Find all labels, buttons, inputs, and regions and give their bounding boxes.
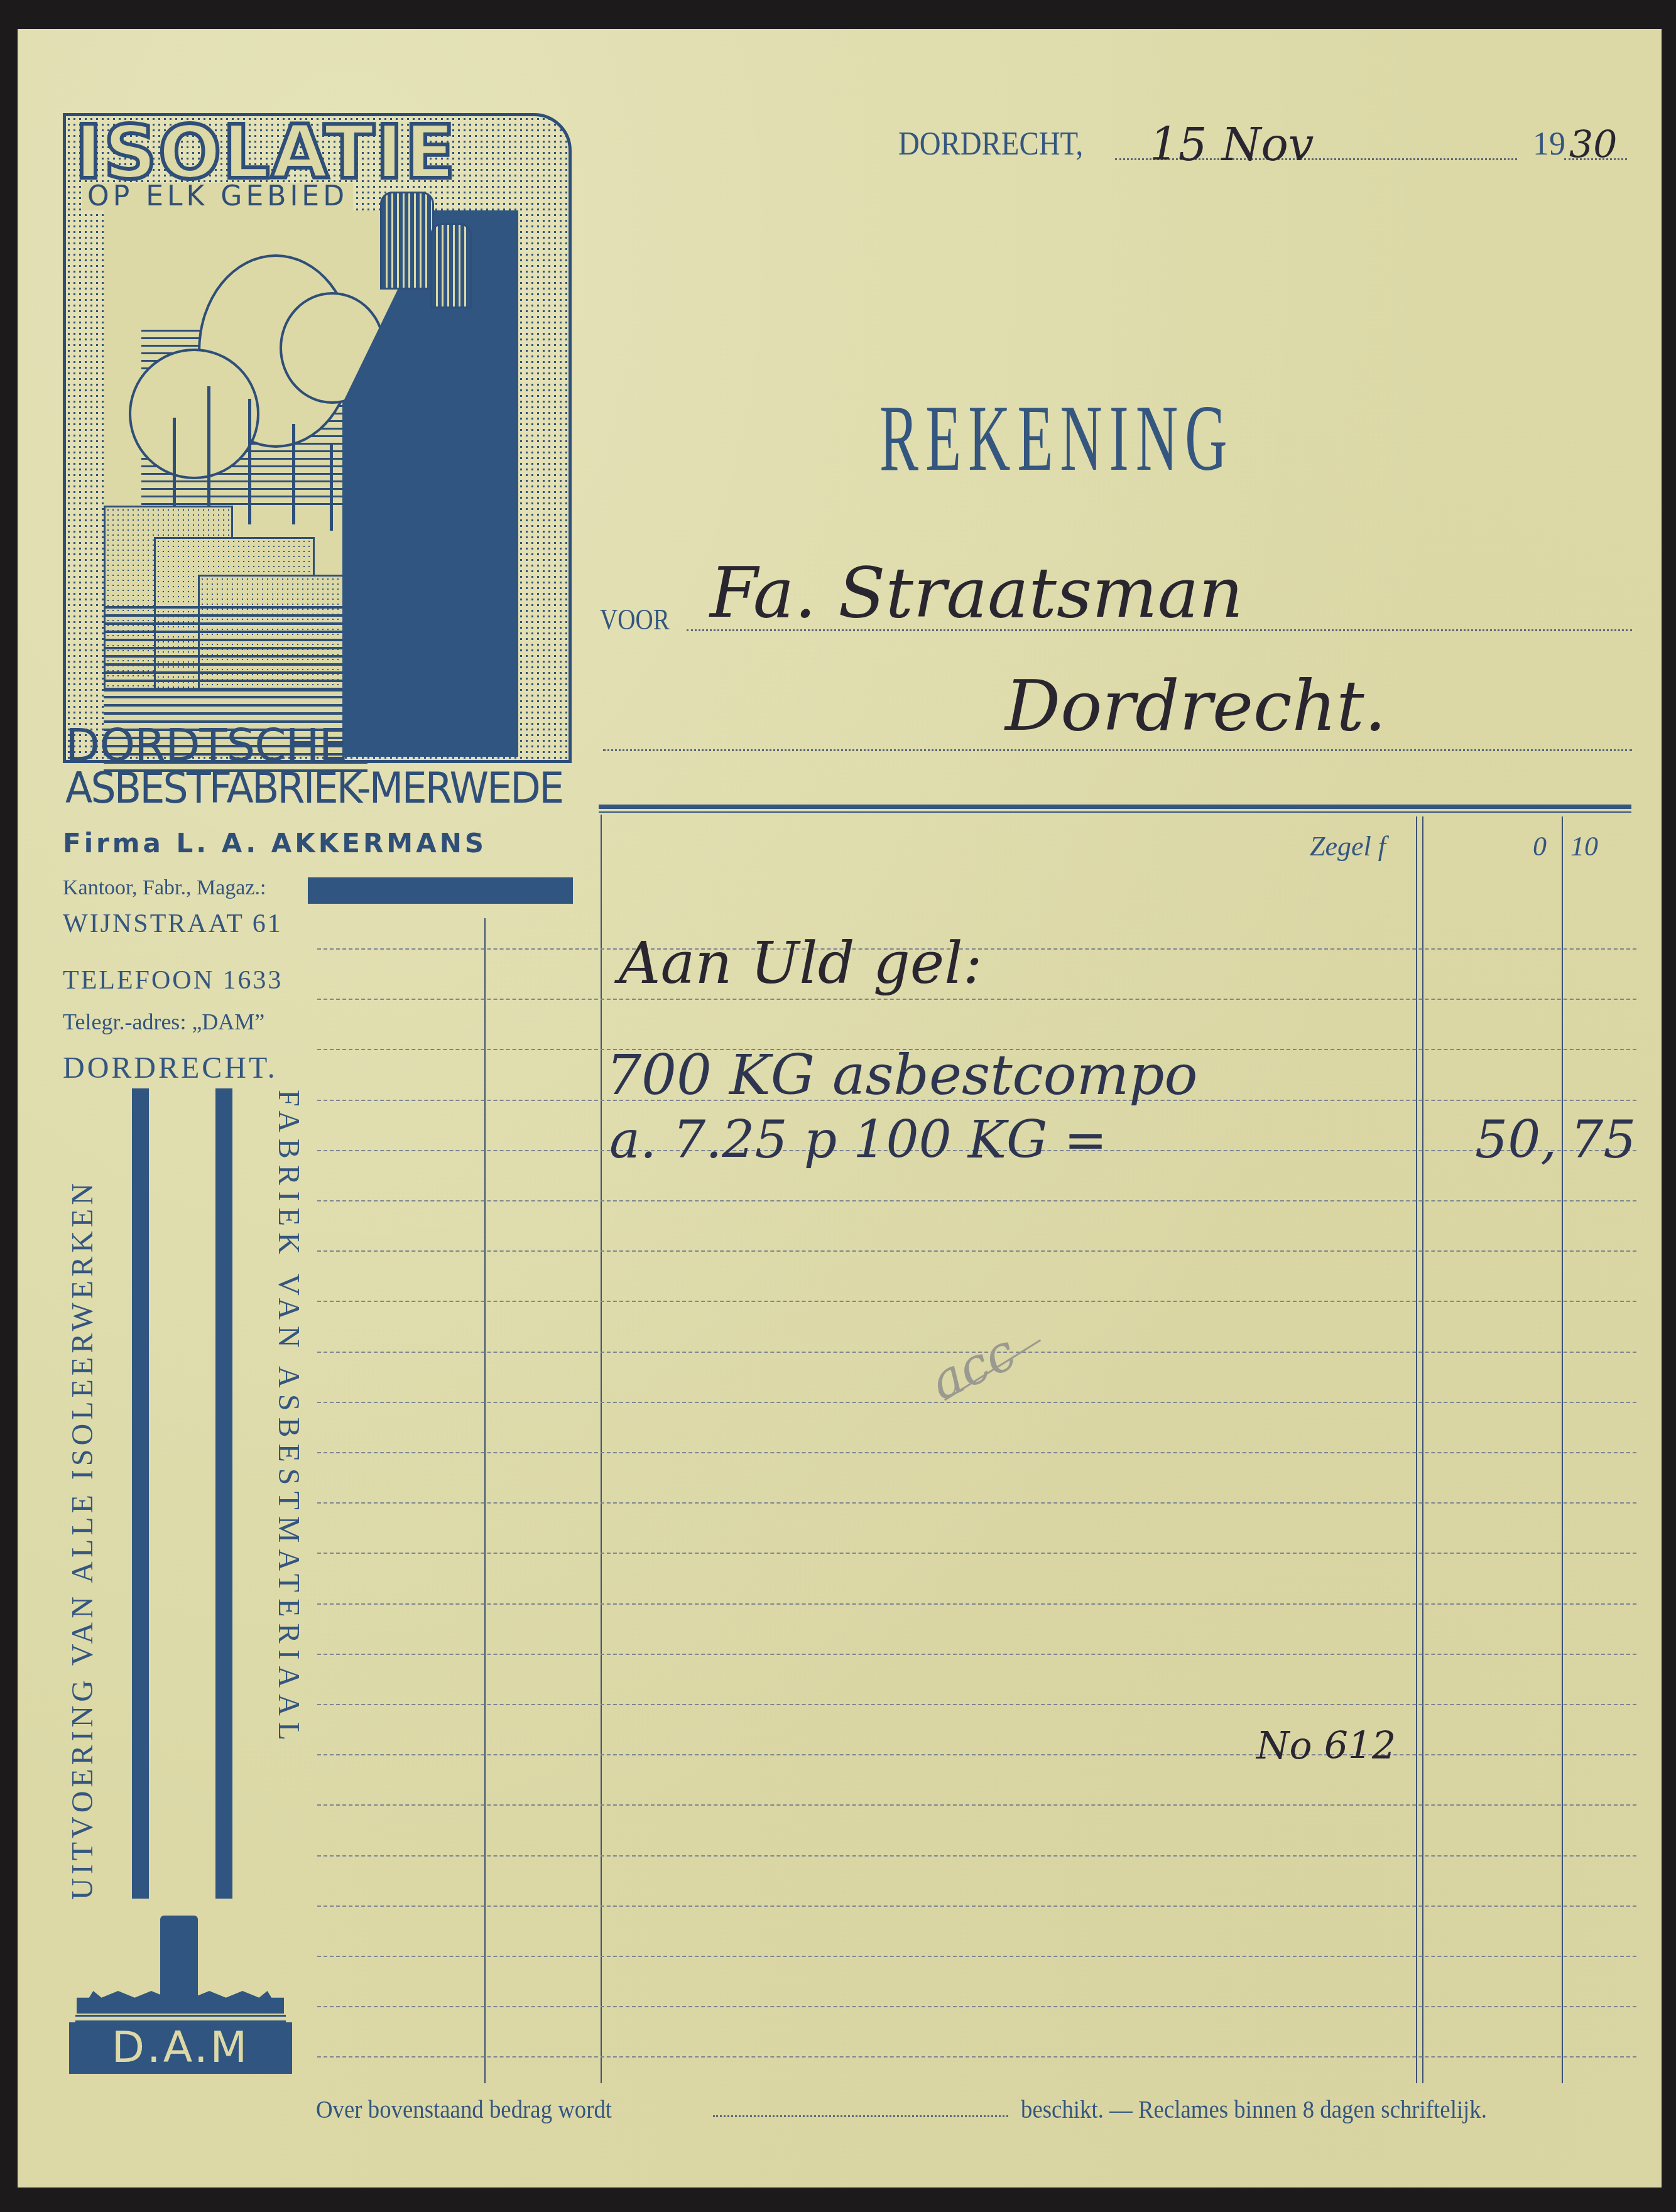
stamp-cents: 10 (1570, 830, 1598, 862)
logo-text: D.A.M (69, 2022, 292, 2074)
date-handwritten: 15 Nov (1150, 118, 1314, 171)
table-column-line (601, 815, 602, 2083)
table-top-thick-rule (599, 805, 1631, 809)
ship-funnel (380, 192, 434, 290)
invoice-number: No 612 (1256, 1724, 1396, 1768)
table-column-line (1422, 816, 1423, 2083)
recipient-name: Fa. Straatsman (710, 553, 1243, 633)
ruled-line (317, 1603, 1636, 1605)
ruled-line (317, 999, 1636, 1000)
stamp-label: Zegel f (1310, 830, 1386, 862)
address-label: Kantoor, Fabr., Magaz.: (63, 876, 266, 900)
ruled-line (317, 2056, 1636, 2057)
ruled-line (317, 1200, 1636, 1201)
slogan-sub: OP ELK GEBIED (82, 183, 353, 210)
recipient-line2-dotted (603, 749, 1632, 751)
illustration-scene (104, 210, 518, 757)
letterhead-city: DORDRECHT. (63, 1051, 278, 1085)
ruled-line (317, 1754, 1636, 1755)
cloud-shape (129, 349, 259, 479)
vertical-tagline-right: FABRIEK VAN ASBESTMATERIAAL (271, 1090, 306, 1900)
table-top-thin-rule (599, 811, 1631, 813)
ruled-line (317, 1654, 1636, 1655)
ruled-line (317, 1553, 1636, 1554)
company-name-line2: ASBESTFABRIEK-MERWEDE (65, 767, 562, 810)
ruled-line (317, 1956, 1636, 1957)
line-item-description: a. 7.25 p 100 KG = (609, 1110, 1107, 1170)
ruled-line (317, 1402, 1636, 1403)
firm-name: Firma L. A. AKKERMANS (63, 828, 487, 859)
stamp-guilders: 0 (1533, 830, 1547, 862)
ruled-line (317, 1452, 1636, 1453)
chimney (292, 424, 295, 524)
ruled-line (317, 1855, 1636, 1857)
dam-logo: D.A.M (69, 1909, 292, 2073)
vertical-bar-right (215, 1088, 232, 1899)
ruled-line (317, 2006, 1636, 2007)
place-label: DORDRECHT, (898, 126, 1083, 163)
line-item-description: Aan Uld gel: (619, 930, 982, 997)
footer-dotted-line (713, 2115, 1008, 2117)
logo-water-line (75, 2015, 286, 2022)
company-name-line1: DORDTSCHE (65, 722, 347, 767)
recipient-label: VOOR (600, 603, 670, 636)
vertical-bar-left (132, 1088, 149, 1899)
logo-tower-icon (160, 1916, 198, 2010)
ruled-line (317, 1301, 1636, 1302)
ruled-line (317, 1502, 1636, 1504)
recipient-city: Dordrecht. (1005, 666, 1386, 746)
street-address: WIJNSTRAAT 61 (63, 909, 283, 939)
phone-number: TELEFOON 1633 (63, 965, 283, 995)
telegram-address: Telegr.-adres: „DAM” (63, 1009, 264, 1035)
ruled-line (317, 1704, 1636, 1705)
letterhead-illustration: ISOLATIE OP ELK GEBIED (63, 113, 572, 763)
vertical-tagline-left: UITVOERING VAN ALLE ISOLEERWERKEN (65, 1090, 100, 1900)
chimney (330, 443, 333, 531)
ship-funnel (430, 223, 472, 308)
table-column-line (484, 918, 486, 2083)
footer-text-after: beschikt. — Reclames binnen 8 dagen schr… (1021, 2095, 1487, 2124)
year-printed: 19 (1533, 126, 1565, 163)
table-column-line (1416, 816, 1417, 2083)
chimney (248, 399, 251, 524)
year-handwritten: 30 (1569, 123, 1617, 167)
line-item-guilders: 50, (1475, 1110, 1557, 1170)
line-item-cents: 75 (1570, 1110, 1636, 1170)
ruled-line (317, 1906, 1636, 1907)
document-title: REKENING (879, 384, 1234, 492)
slogan-main: ISOLATIE (75, 115, 457, 189)
ruled-line (317, 1804, 1636, 1806)
footer-text-before: Over bovenstaand bedrag wordt (316, 2095, 612, 2124)
ruled-line (317, 1250, 1636, 1252)
line-item-description: 700 KG asbestcompo (606, 1043, 1198, 1107)
table-column-line (1562, 816, 1563, 2083)
address-bar (308, 877, 573, 904)
